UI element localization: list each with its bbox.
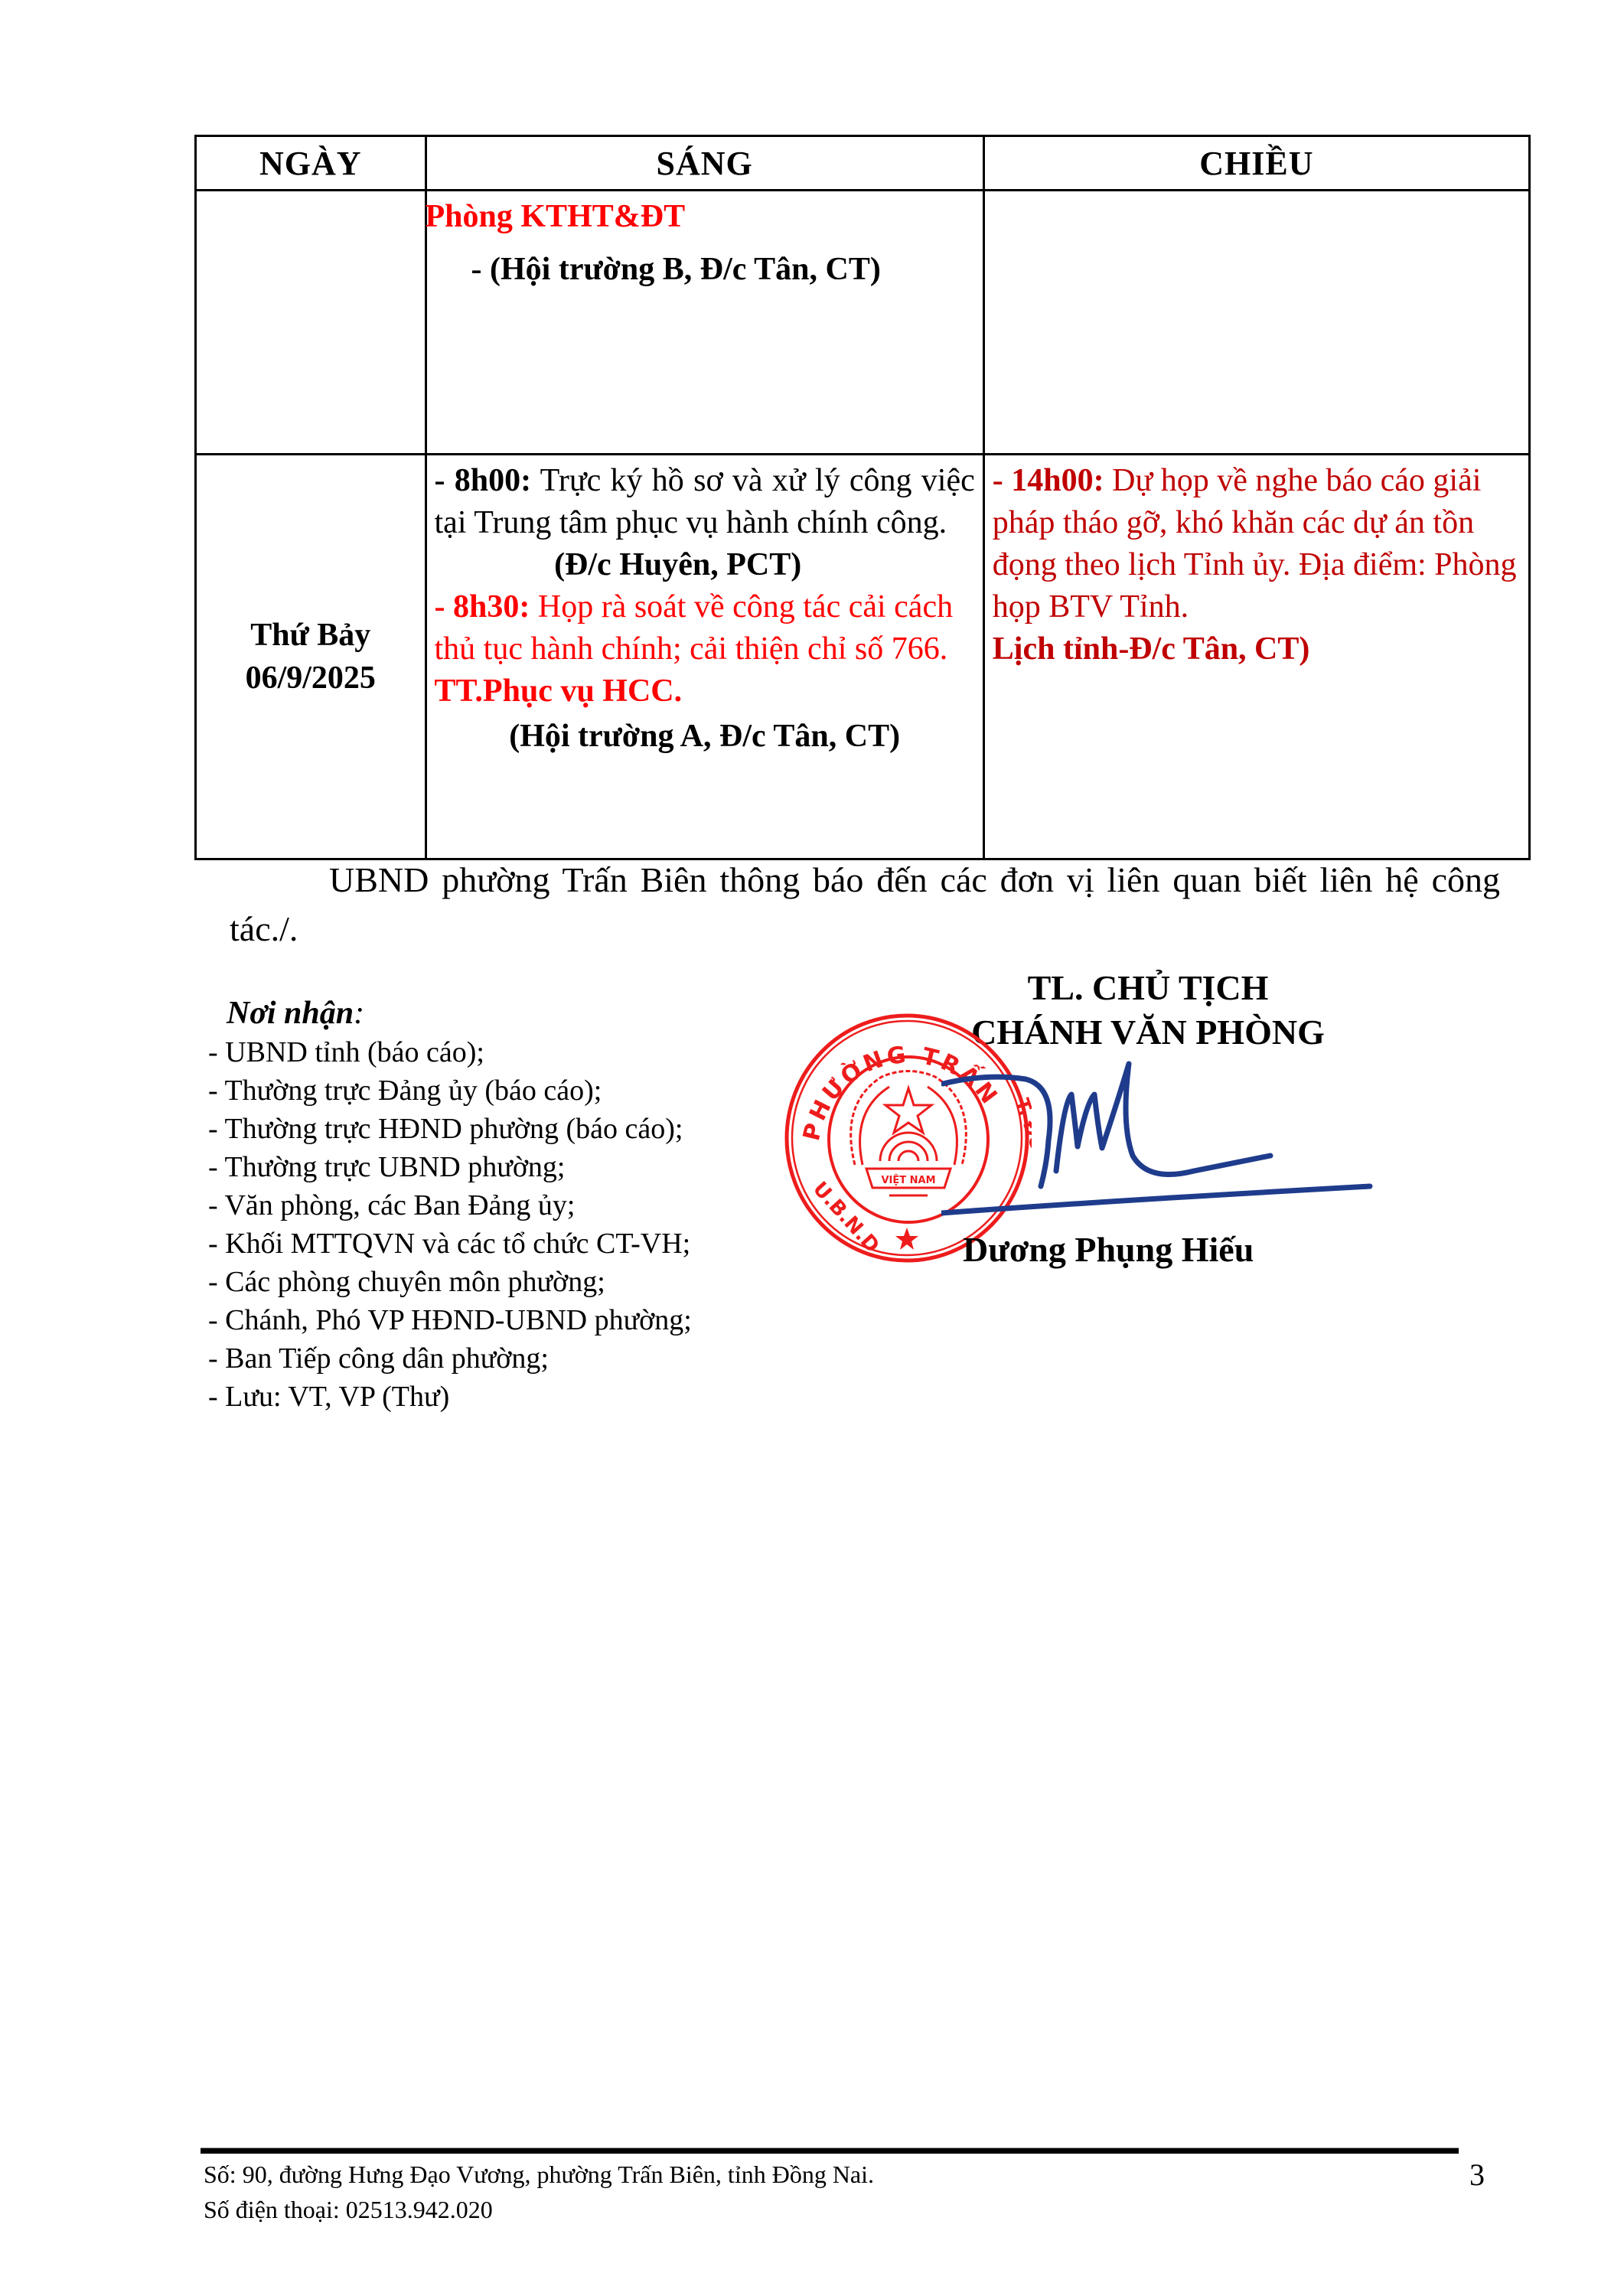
closing-paragraph: UBND phường Trấn Biên thông báo đến các … xyxy=(230,856,1500,954)
table-row: Thứ Bảy 06/9/2025 - 8h00: Trực ký hồ sơ … xyxy=(196,455,1530,859)
recipient-item: Văn phòng, các Ban Đảng ủy; xyxy=(208,1186,790,1225)
recipients-title-colon: : xyxy=(354,996,364,1031)
schedule-table: NGÀY SÁNG CHIỀU Phòng KTHT&ĐT - (Hội trư… xyxy=(194,135,1531,860)
table-header-row: NGÀY SÁNG CHIỀU xyxy=(196,136,1530,191)
footer-divider xyxy=(201,2148,1459,2154)
day-name: Thứ Bảy xyxy=(197,614,425,657)
item-location: (Đ/c Huyên, PCT) xyxy=(435,544,975,586)
table-row: Phòng KTHT&ĐT - (Hội trường B, Đ/c Tân, … xyxy=(196,191,1530,455)
location-label: - (Hội trường B, Đ/c Tân, CT) xyxy=(427,249,975,291)
item-time: - 8h30: xyxy=(435,589,530,625)
header-day: NGÀY xyxy=(196,136,426,191)
recipient-item: Chánh, Phó VP HĐND-UBND phường; xyxy=(208,1301,790,1339)
header-afternoon: CHIỀU xyxy=(983,136,1529,191)
schedule-item: - 14h00: Dự họp về nghe báo cáo giải phá… xyxy=(993,460,1521,628)
recipients-title-text: Nơi nhận xyxy=(227,996,354,1031)
signer-name: Dương Phụng Hiếu xyxy=(963,1229,1254,1270)
afternoon-cell: - 14h00: Dự họp về nghe báo cáo giải phá… xyxy=(983,455,1529,859)
recipients-title: Nơi nhận: xyxy=(208,993,790,1033)
item-time: - 8h00: xyxy=(435,463,532,498)
item-time: - 14h00: xyxy=(993,463,1104,498)
item-location: (Hội trường A, Đ/c Tân, CT) xyxy=(435,716,975,758)
footer-address: Số: 90, đường Hưng Đạo Vương, phường Trấ… xyxy=(204,2157,874,2192)
schedule-item: - 8h30: Họp rà soát về công tác cải cách… xyxy=(435,586,975,713)
unit-label: Phòng KTHT&ĐT xyxy=(426,196,975,238)
footer-phone: Số điện thoại: 02513.942.020 xyxy=(204,2192,874,2227)
item-unit: TT.Phục vụ HCC. xyxy=(435,673,683,709)
signature-scribble-icon xyxy=(941,1056,1378,1232)
footer: Số: 90, đường Hưng Đạo Vương, phường Trấ… xyxy=(204,2157,874,2227)
signature-line-1: TL. CHỦ TỊCH xyxy=(903,966,1393,1010)
item-location: Lịch tỉnh-Đ/c Tân, CT) xyxy=(993,628,1521,670)
morning-cell: Phòng KTHT&ĐT - (Hội trường B, Đ/c Tân, … xyxy=(426,191,983,455)
day-cell: Thứ Bảy 06/9/2025 xyxy=(196,455,426,859)
schedule-item: - 8h00: Trực ký hồ sơ và xử lý công việc… xyxy=(435,460,975,544)
afternoon-cell xyxy=(983,191,1529,455)
day-date: 06/9/2025 xyxy=(197,657,425,700)
recipient-item: Lưu: VT, VP (Thư) xyxy=(208,1378,790,1416)
recipient-item: Thường trực UBND phường; xyxy=(208,1148,790,1186)
recipient-item: Các phòng chuyên môn phường; xyxy=(208,1263,790,1301)
svg-text:VIỆT NAM: VIỆT NAM xyxy=(881,1174,935,1186)
morning-cell: - 8h00: Trực ký hồ sơ và xử lý công việc… xyxy=(426,455,983,859)
header-morning: SÁNG xyxy=(426,136,983,191)
recipient-item: Thường trực HĐND phường (báo cáo); xyxy=(208,1110,790,1148)
page-number: 3 xyxy=(1469,2157,1485,2193)
recipient-item: Khối MTTQVN và các tổ chức CT-VH; xyxy=(208,1225,790,1263)
recipient-item: UBND tỉnh (báo cáo); xyxy=(208,1033,790,1071)
recipients-block: Nơi nhận: UBND tỉnh (báo cáo);Thường trự… xyxy=(208,993,790,1416)
recipient-item: Thường trực Đảng ủy (báo cáo); xyxy=(208,1071,790,1110)
recipients-list: UBND tỉnh (báo cáo);Thường trực Đảng ủy … xyxy=(208,1033,790,1416)
recipient-item: Ban Tiếp công dân phường; xyxy=(208,1339,790,1378)
day-cell xyxy=(196,191,426,455)
